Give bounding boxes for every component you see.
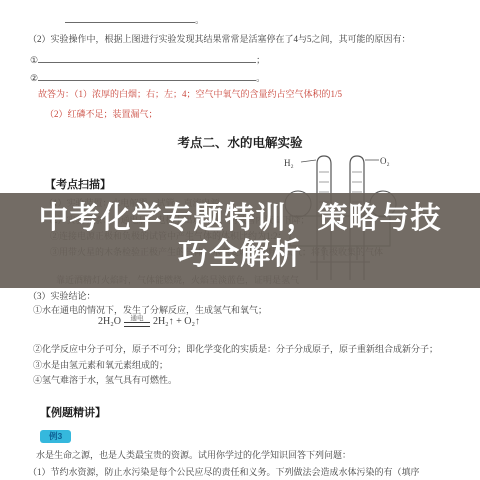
h2-gas-label: H₂	[284, 158, 294, 168]
banner-title-line-1: 中考化学专题特训，策略与技	[0, 201, 480, 237]
equation-condition: 通电	[124, 315, 150, 327]
equation-condition-label: 通电	[130, 315, 143, 322]
conclusion-item-3: ③水是由氢元素和氧元素组成的；	[33, 359, 463, 371]
item-1-number: ①	[30, 55, 38, 65]
item-1-underline	[38, 53, 256, 63]
example-question-1: （1）节约水资源，防止水污染是每个公民应尽的责任和义务。下列做法会造成水体污染的…	[28, 466, 474, 478]
fill-in-blank-line: 。	[65, 13, 204, 26]
conclusion-item-4: ④氢气难溶于水，氢气具有可燃性。	[33, 374, 463, 386]
equation-rhs: 2H₂↑ + O₂↑	[153, 316, 200, 327]
item-2-number: ②	[30, 73, 38, 83]
banner-title: 中考化学专题特训，策略与技 巧全解析	[0, 201, 480, 273]
water-electrolysis-equation: 2H₂O 通电 2H₂↑ + O₂↑	[98, 315, 200, 327]
conclusion-heading: （3）实验结论：	[28, 290, 96, 302]
title-banner-overlay: 中考化学专题特训，策略与技 巧全解析	[0, 193, 480, 288]
fill-in-item-1: ①；	[30, 53, 265, 66]
blank-period: 。	[195, 15, 204, 25]
item-2-underline	[38, 71, 256, 81]
fill-in-item-2: ②。	[30, 71, 265, 84]
banner-title-line-2: 巧全解析	[0, 237, 480, 273]
example-badge-wrap: 例3	[40, 426, 71, 444]
conclusion-item-2: ②化学反应中分子可分，原子不可分；即化学变化的实质是：分子分成原子，原子重新组合…	[33, 343, 473, 355]
question-2-text: （2）实验操作中，根据上图进行实验发现其结果常常是活塞停在了4与5之间，其可能的…	[28, 33, 474, 45]
blank-underline	[65, 13, 195, 23]
worksheet-page: 。 （2）实验操作中，根据上图进行实验发现其结果常常是活塞停在了4与5之间，其可…	[0, 0, 480, 480]
answer-line-2: （2）红磷不足；装置漏气；	[45, 108, 445, 120]
example-badge: 例3	[40, 430, 71, 443]
equation-lhs: 2H₂O	[98, 316, 121, 327]
o2-gas-label: O₂	[380, 156, 390, 166]
answer-line-1: 故答为：（1）浓厚的白烟；右；左；4；空气中氧气的含量约占空气体积的1/5	[38, 88, 468, 100]
section-title: 考点二、水的电解实验	[0, 133, 480, 151]
item-1-end: ；	[256, 55, 265, 65]
scan-section-heading: 【考点扫描】	[45, 176, 111, 192]
examples-section-heading: 【例题精讲】	[40, 404, 106, 420]
example-intro-text: 水是生命之源，也是人类最宝贵的资源。试用你学过的化学知识回答下列问题：	[36, 449, 466, 461]
item-2-end: 。	[256, 73, 265, 83]
equation-double-line	[124, 322, 150, 327]
